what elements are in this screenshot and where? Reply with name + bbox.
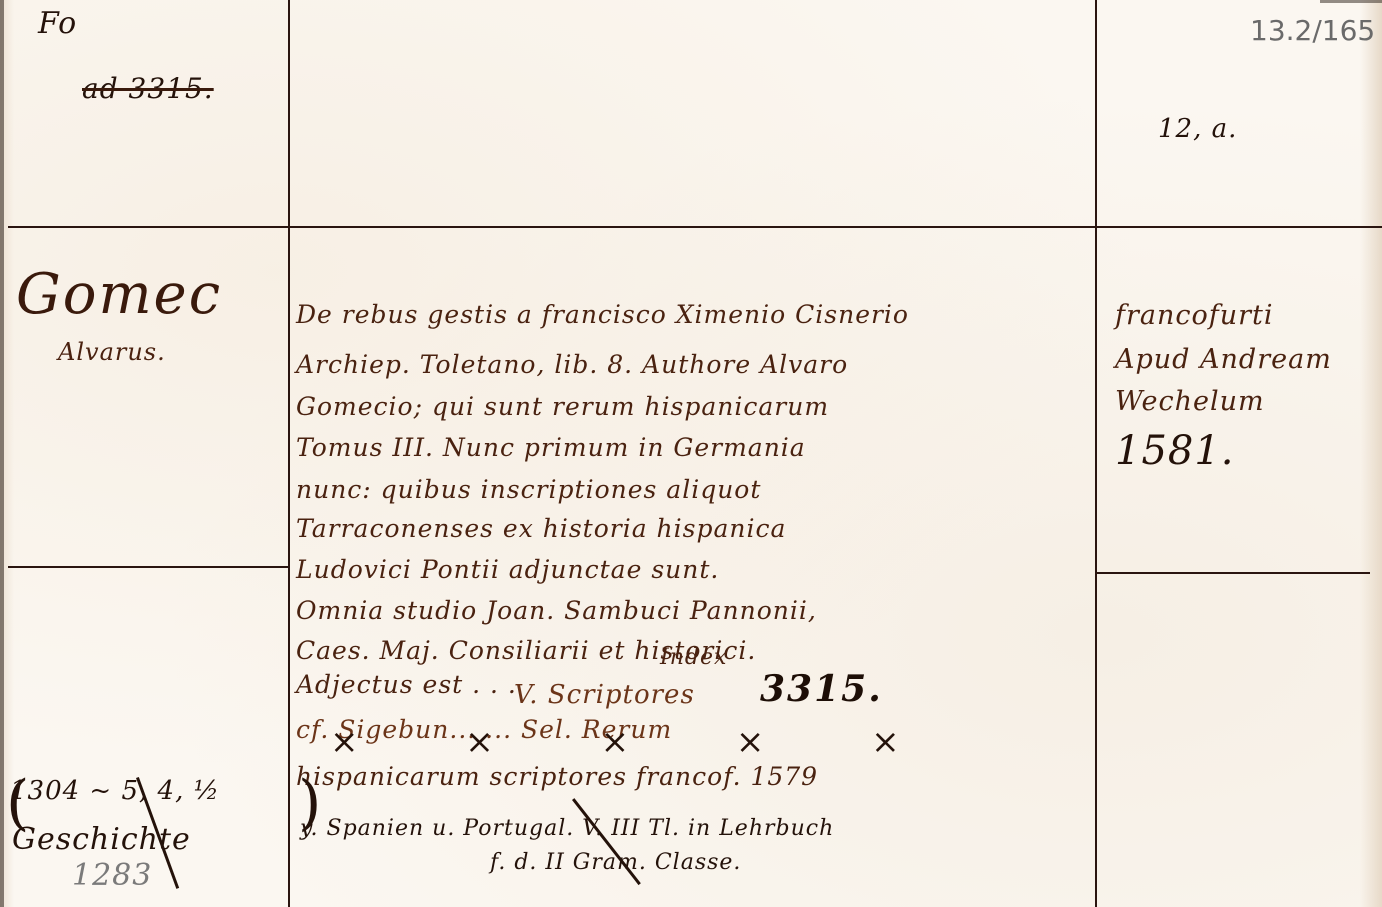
title-line: nunc: quibus inscriptiones aliquot — [296, 475, 761, 504]
index-label: Index — [660, 645, 727, 670]
title-line: Tarraconenses ex historia hispanica — [296, 514, 786, 543]
left-column-rule — [8, 566, 289, 568]
catalog-card: Fo ad 3315. 13.2/165 12, a. Gomec Alvaru… — [0, 0, 1382, 907]
imprint-publisher-line: Apud Andream — [1115, 344, 1332, 375]
title-line: Archiep. Toletano, lib. 8. Authore Alvar… — [296, 350, 848, 379]
pencil-number: 1283 — [72, 858, 152, 893]
inventory-number: 13.2/165 — [1250, 14, 1375, 47]
author-surname: Gomec — [16, 262, 222, 327]
deletion-marks: × × × × × — [330, 722, 948, 762]
old-number-struck: ad 3315. — [82, 72, 214, 105]
right-column-rule — [1095, 572, 1370, 574]
see-reference: V. Scriptores — [514, 680, 695, 710]
signature: 12, a. — [1158, 114, 1237, 144]
shelf-mark: Fo — [38, 6, 77, 41]
index-number: 3315. — [760, 668, 883, 710]
classification-note: y. Spanien u. Portugal. V. III Tl. in Le… — [300, 816, 834, 841]
column-divider-left — [288, 0, 290, 907]
title-line: Adjectus est . . . — [296, 670, 517, 699]
title-line: Ludovici Pontii adjunctae sunt. — [296, 555, 719, 584]
card-left-edge — [0, 0, 4, 907]
header-rule — [8, 226, 1382, 228]
column-divider-right — [1095, 0, 1097, 907]
author-given-name: Alvarus. — [58, 338, 166, 366]
title-line: Gomecio; qui sunt rerum hispanicarum — [296, 392, 829, 421]
card-top-edge — [1320, 0, 1382, 3]
imprint-publisher-name: Wechelum — [1115, 386, 1265, 417]
title-line: Tomus III. Nunc primum in Germania — [296, 433, 806, 462]
imprint-year: 1581. — [1115, 428, 1235, 474]
title-line: hispanicarum scriptores francof. 1579 — [296, 762, 818, 791]
imprint-place: francofurti — [1115, 300, 1274, 331]
classification-code: 1304 ~ 5, 4, ½ — [10, 776, 220, 806]
title-line: De rebus gestis a francisco Ximenio Cisn… — [296, 300, 909, 329]
title-line: Omnia studio Joan. Sambuci Pannonii, — [296, 596, 817, 625]
